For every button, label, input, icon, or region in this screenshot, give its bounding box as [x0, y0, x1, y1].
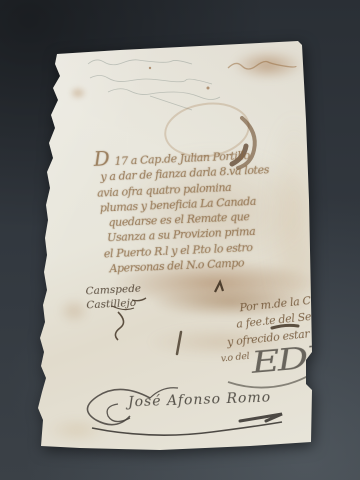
- margin-note-line: Castillejo: [86, 296, 142, 312]
- pencil-scrawl: [88, 60, 220, 110]
- manuscript-body-text: D 17 a Cap.de Julian Portillo y a dar de…: [93, 142, 318, 277]
- bold-downstroke-mark: [177, 332, 181, 354]
- stain-top-right: [232, 50, 304, 80]
- paper-sheet: D 17 a Cap.de Julian Portillo y a dar de…: [0, 0, 360, 480]
- photo-background: D 17 a Cap.de Julian Portillo y a dar de…: [0, 0, 360, 480]
- faded-top-right-scrawl: [228, 62, 296, 70]
- ink-dot: [149, 67, 151, 69]
- stain-left-dot: [58, 298, 90, 324]
- margin-note: Camspede Castillejo: [85, 283, 142, 313]
- signature-underline: [92, 414, 282, 435]
- ink-dot: [207, 87, 210, 90]
- paraph-initials: EDM: [250, 338, 345, 381]
- stain-top-left-spot: [69, 86, 87, 100]
- stain-bottom-left: [46, 416, 108, 444]
- signature-text: José Afonso Romo: [128, 390, 272, 411]
- bold-caret-mark: [215, 282, 223, 292]
- paper-shadow-wrap: D 17 a Cap.de Julian Portillo y a dar de…: [0, 0, 360, 480]
